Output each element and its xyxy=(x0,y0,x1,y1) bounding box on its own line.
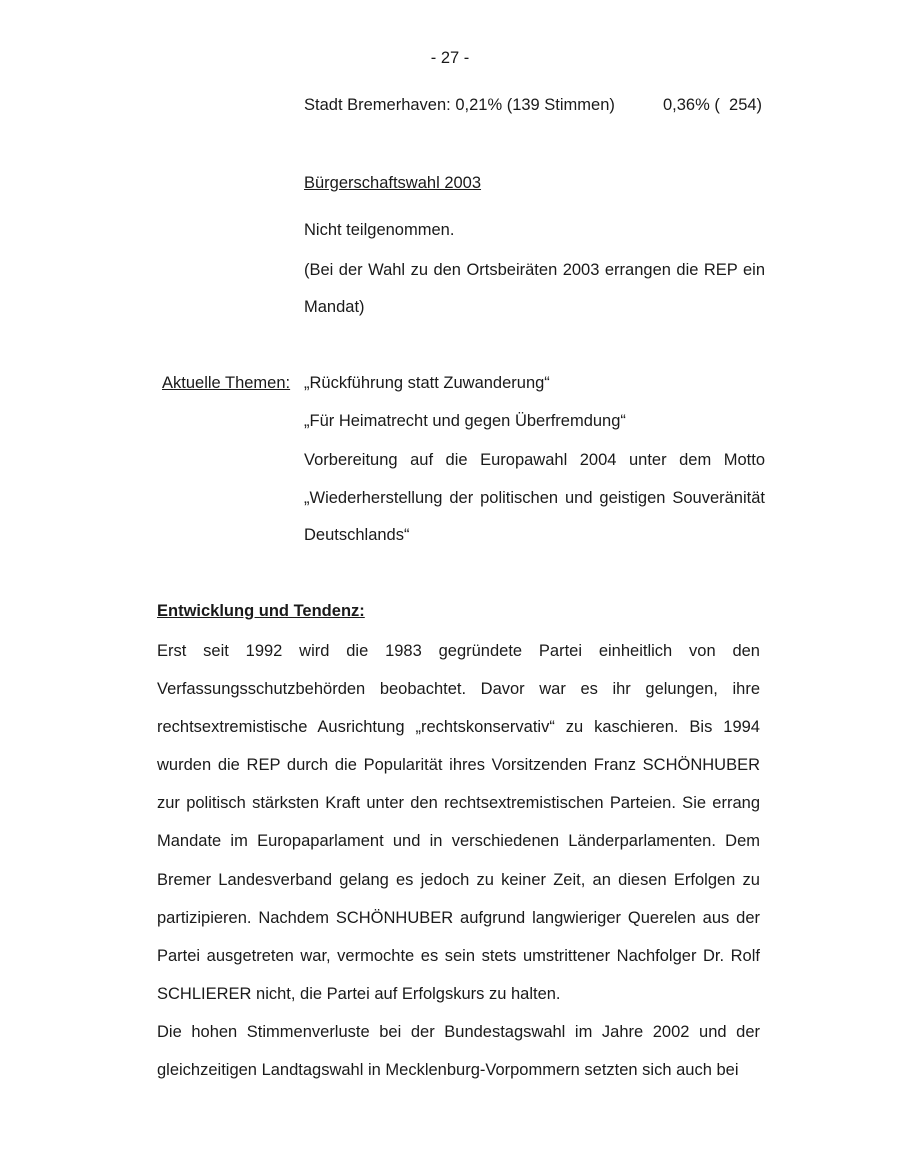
development-line: rechtsextremistische Ausrichtung „rechts… xyxy=(157,715,760,739)
election-2003-heading: Bürgerschaftswahl 2003 xyxy=(304,174,481,193)
page-number: - 27 - xyxy=(0,49,900,68)
development-line: SCHLIERER nicht, die Partei auf Erfolgsk… xyxy=(157,982,760,1006)
development-line: gleichzeitigen Landtagswahl in Mecklenbu… xyxy=(157,1058,760,1082)
theme-line: „Wiederherstellung der politischen und g… xyxy=(304,486,765,510)
bremerhaven-previous-result: 0,36% ( 254) xyxy=(663,96,762,115)
development-line: Die hohen Stimmenverluste bei der Bundes… xyxy=(157,1020,760,1044)
development-line: Verfassungsschutzbehörden beobachtet. Da… xyxy=(157,677,760,701)
election-2003-line: (Bei der Wahl zu den Ortsbeiräten 2003 e… xyxy=(304,258,765,282)
development-line: zur politisch stärksten Kraft unter den … xyxy=(157,791,760,815)
development-line: partizipieren. Nachdem SCHÖNHUBER aufgru… xyxy=(157,906,760,930)
theme-line: „Für Heimatrecht und gegen Überfremdung“ xyxy=(304,412,626,431)
theme-line: Deutschlands“ xyxy=(304,526,409,545)
election-2003-line: Mandat) xyxy=(304,298,365,317)
development-line: Bremer Landesverband gelang es jedoch zu… xyxy=(157,868,760,892)
bremerhaven-result: Stadt Bremerhaven: 0,21% (139 Stimmen) xyxy=(304,96,615,115)
themes-label: Aktuelle Themen: xyxy=(162,374,290,393)
election-2003-line: Nicht teilgenommen. xyxy=(304,221,454,240)
development-line: Erst seit 1992 wird die 1983 gegründete … xyxy=(157,639,760,663)
development-line: Partei ausgetreten war, vermochte es sei… xyxy=(157,944,760,968)
theme-line: Vorbereitung auf die Europawahl 2004 unt… xyxy=(304,448,765,472)
theme-line: „Rückführung statt Zuwanderung“ xyxy=(304,374,550,393)
development-line: wurden die REP durch die Popularität ihr… xyxy=(157,753,760,777)
development-line: Mandate im Europaparlament und in versch… xyxy=(157,829,760,853)
development-heading: Entwicklung und Tendenz: xyxy=(157,602,365,621)
